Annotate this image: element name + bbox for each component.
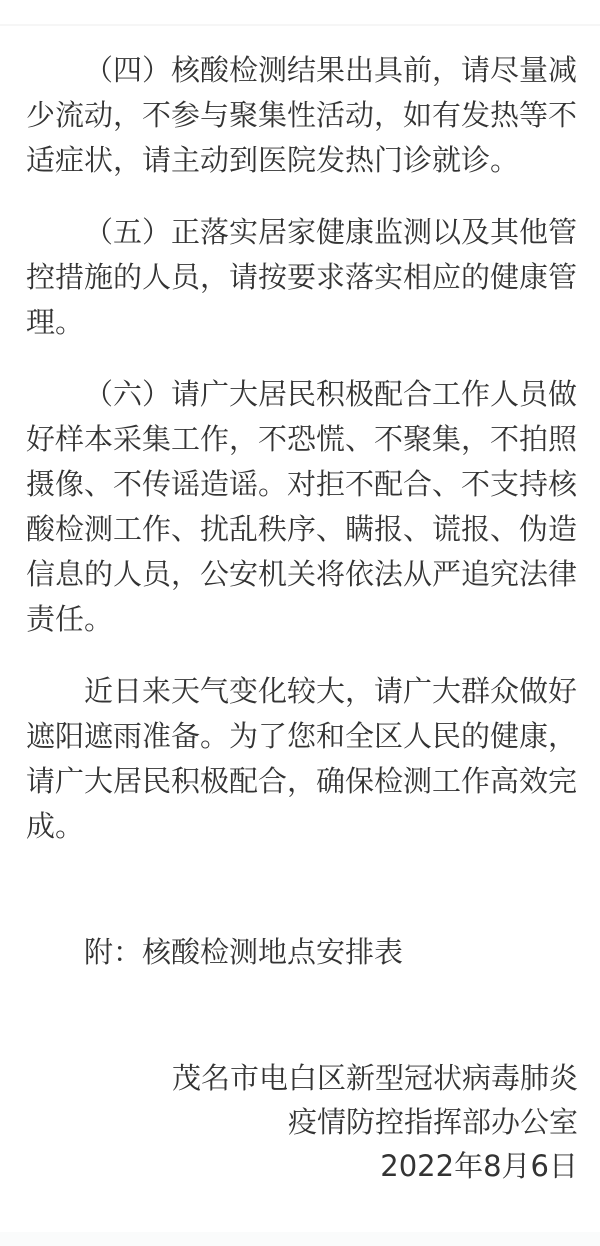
paragraph-line: 控措施的人员，请按要求落实相应的健康管: [26, 255, 582, 300]
paragraph-line: 好样本采集工作，不恐慌、不聚集，不拍照: [26, 417, 582, 462]
paragraph-line: 请广大居民积极配合，确保检测工作高效完: [26, 759, 582, 804]
paragraph-line: 遮阳遮雨准备。为了您和全区人民的健康，: [26, 714, 582, 759]
paragraph-line: （五）正落实居家健康监测以及其他管: [26, 210, 582, 255]
paragraph-line: （四）核酸检测结果出具前，请尽量减: [26, 48, 582, 93]
signature-block: 茂名市电白区新型冠状病毒肺炎 疫情防控指挥部办公室 2022年8月6日: [172, 1056, 578, 1188]
paragraph-weather-notice: 近日来天气变化较大，请广大群众做好 遮阳遮雨准备。为了您和全区人民的健康， 请广…: [26, 669, 582, 849]
signature-org-line-2: 疫情防控指挥部办公室: [172, 1100, 578, 1144]
paragraph-line: 适症状，请主动到医院发热门诊就诊。: [26, 138, 582, 183]
paragraph-line: 信息的人员，公安机关将依法从严追究法律: [26, 552, 582, 597]
signature-org-line-1: 茂名市电白区新型冠状病毒肺炎: [172, 1056, 578, 1100]
paragraph-line: 理。: [26, 300, 582, 345]
notice-body: （四）核酸检测结果出具前，请尽量减 少流动，不参与聚集性活动，如有发热等不 适症…: [26, 48, 582, 876]
bottom-edge: [0, 1232, 600, 1246]
paragraph-item-5: （五）正落实居家健康监测以及其他管 控措施的人员，请按要求落实相应的健康管 理。: [26, 210, 582, 345]
attachment-note: 附：核酸检测地点安排表: [84, 930, 403, 975]
top-divider: [0, 24, 600, 26]
paragraph-line: 酸检测工作、扰乱秩序、瞒报、谎报、伪造: [26, 507, 582, 552]
paragraph-item-6: （六）请广大居民积极配合工作人员做 好样本采集工作，不恐慌、不聚集，不拍照 摄像…: [26, 372, 582, 642]
paragraph-line: 摄像、不传谣造谣。对拒不配合、不支持核: [26, 462, 582, 507]
signature-date: 2022年8月6日: [172, 1144, 578, 1188]
paragraph-line: 成。: [26, 804, 582, 849]
paragraph-line: 近日来天气变化较大，请广大群众做好: [26, 669, 582, 714]
paragraph-line: 少流动，不参与聚集性活动，如有发热等不: [26, 93, 582, 138]
paragraph-item-4: （四）核酸检测结果出具前，请尽量减 少流动，不参与聚集性活动，如有发热等不 适症…: [26, 48, 582, 183]
paragraph-line: 责任。: [26, 597, 582, 642]
paragraph-line: （六）请广大居民积极配合工作人员做: [26, 372, 582, 417]
